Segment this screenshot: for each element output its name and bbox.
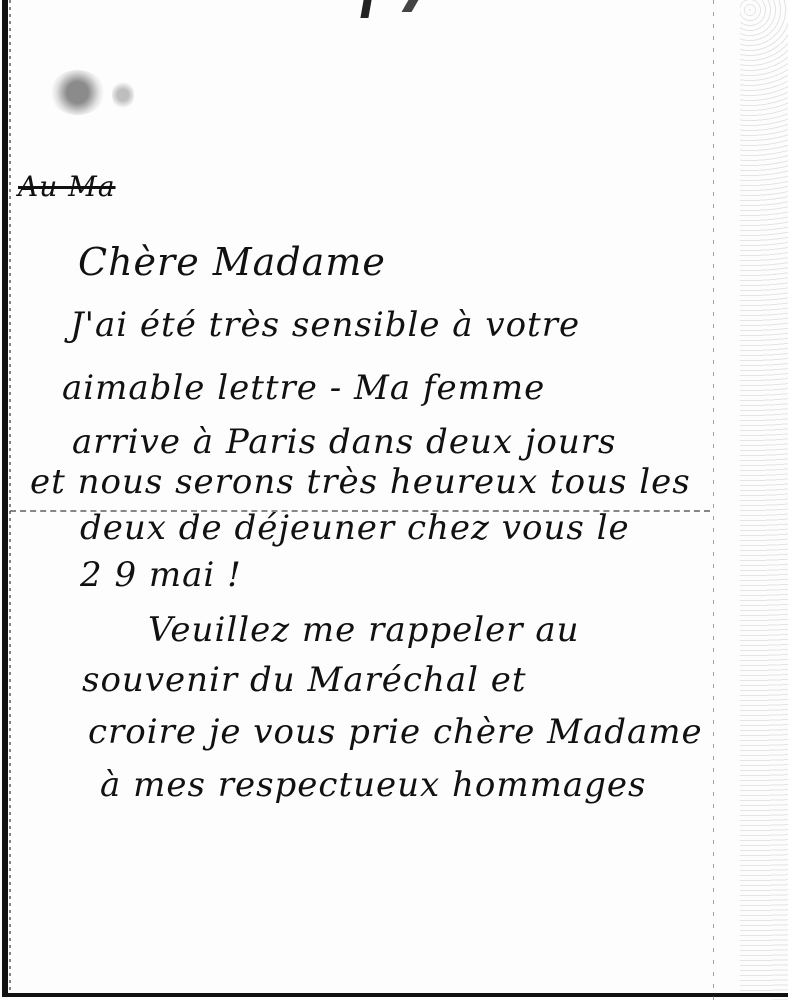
letter-line-3: arrive à Paris dans deux jours <box>72 422 616 462</box>
letter-line-6: 2 9 mai ! <box>80 555 242 595</box>
ink-smudge-small <box>112 80 134 110</box>
salutation: Chère Madame <box>78 240 386 284</box>
scan-right-edge-noise <box>740 0 788 1000</box>
letter-line-7: Veuillez me rappeler au <box>148 610 579 650</box>
letter-line-1: J'ai été très sensible à votre <box>70 305 580 345</box>
top-edge-mark <box>360 0 371 18</box>
letter-line-4: et nous serons très heureux tous les <box>30 462 691 502</box>
paper-fold-line <box>713 0 714 1000</box>
top-edge-mark-2 <box>402 0 419 12</box>
crossed-out-heading: Au Ma <box>18 170 116 203</box>
scan-left-border <box>2 0 8 995</box>
letter-line-10: à mes respectueux hommages <box>100 765 646 805</box>
letter-page: Au Ma Chère Madame J'ai été très sensibl… <box>0 0 788 1000</box>
letter-line-2: aimable lettre - Ma femme <box>62 368 545 408</box>
letter-line-9: croire je vous prie chère Madame <box>88 712 703 752</box>
ink-smudge <box>50 70 105 115</box>
scan-bottom-border <box>2 993 788 997</box>
letter-line-8: souvenir du Maréchal et <box>82 660 527 700</box>
scan-left-edge-noise <box>9 0 11 995</box>
letter-line-5: deux de déjeuner chez vous le <box>80 508 630 548</box>
